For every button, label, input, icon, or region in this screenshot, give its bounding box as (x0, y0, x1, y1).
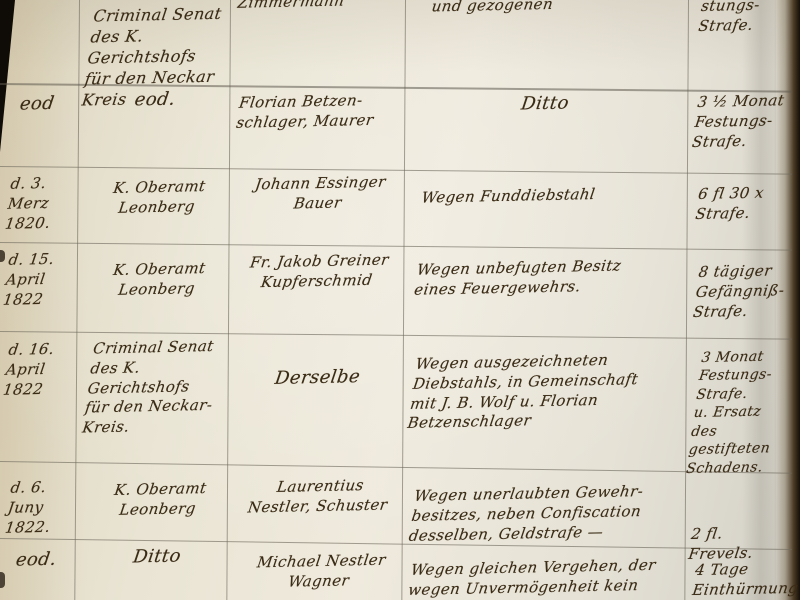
name-cell-r0: Zimmermann (236, 0, 404, 14)
offense-cell-r6: Wegen gleichen Vergehen, der wegen Unver… (407, 555, 689, 600)
date-cell-r2: d. 3. Merz 1820. (4, 173, 84, 234)
offense-cell-r1: Ditto (428, 90, 662, 119)
court-cell-r4: Criminal Senat des K. Gerichtshofs für d… (81, 337, 237, 439)
name-cell-r6: Michael Nestler Wagner (237, 550, 403, 593)
date-cell-r5: d. 6. Juny 1822. (4, 477, 84, 538)
offense-cell-r5: Wegen unerlaubten Gewehr- besitzes, nebe… (407, 481, 688, 546)
date-cell-r6: eod. (14, 547, 77, 572)
ledger-scan-page: Criminal Senat des K. Gerichtshofs für d… (0, 0, 800, 600)
sentence-cell-r2: 6 fl 30 x Strafe. (694, 183, 792, 225)
date-cell-r4: d. 16. April 1822 (2, 339, 85, 400)
sentence-cell-r4: 3 Monat Festungs- Strafe. u. Ersatz des … (685, 347, 799, 478)
court-cell-r3: K. Oberamt Leonberg (89, 259, 227, 301)
court-cell-r6: Ditto (96, 544, 218, 570)
name-cell-r5: Laurentius Nestler, Schuster (235, 475, 403, 518)
name-cell-r3: Fr. Jakob Greiner Kupferschmid (231, 250, 405, 293)
page-edge-mark (0, 572, 5, 588)
offense-cell-r4: Wegen ausgezeichneten Diebstahls, in Gem… (406, 349, 690, 434)
court-cell-r2: K. Oberamt Leonberg (89, 177, 227, 219)
name-cell-r1: Florian Betzen- schlager, Maurer (235, 90, 406, 133)
court-cell-r5: K. Oberamt Leonberg (87, 479, 231, 521)
sentence-cell-r6: 4 Tage Einthürmung (691, 559, 793, 600)
sentence-cell-r3: 8 tägiger Gefängniß- Strafe. (692, 261, 794, 322)
name-cell-r2: Johann Essinger Bauer (235, 172, 403, 215)
name-cell-r4: Derselbe (243, 364, 392, 391)
table-rule-horizontal (0, 461, 792, 474)
offense-cell-r3: Wegen unbefugten Besitz eines Feuergeweh… (413, 255, 679, 300)
date-cell-r1: eod (18, 91, 76, 116)
court-cell-r1: eod. (93, 87, 217, 113)
sentence-cell-r1: 3 ½ Monat Festungs- Strafe. (691, 91, 794, 152)
offense-cell-r2: Wegen Funddiebstahl (420, 183, 673, 208)
date-cell-r3: d. 15. April 1822 (2, 249, 85, 310)
sentence-cell-r0: stungs- Strafe. (697, 0, 793, 37)
page-edge-mark (0, 250, 5, 262)
table-rule-horizontal (0, 242, 792, 251)
table-rule-vertical (226, 0, 231, 600)
offense-cell-r0: und gezogenen (430, 0, 663, 17)
page-corner-shadow (0, 0, 15, 152)
